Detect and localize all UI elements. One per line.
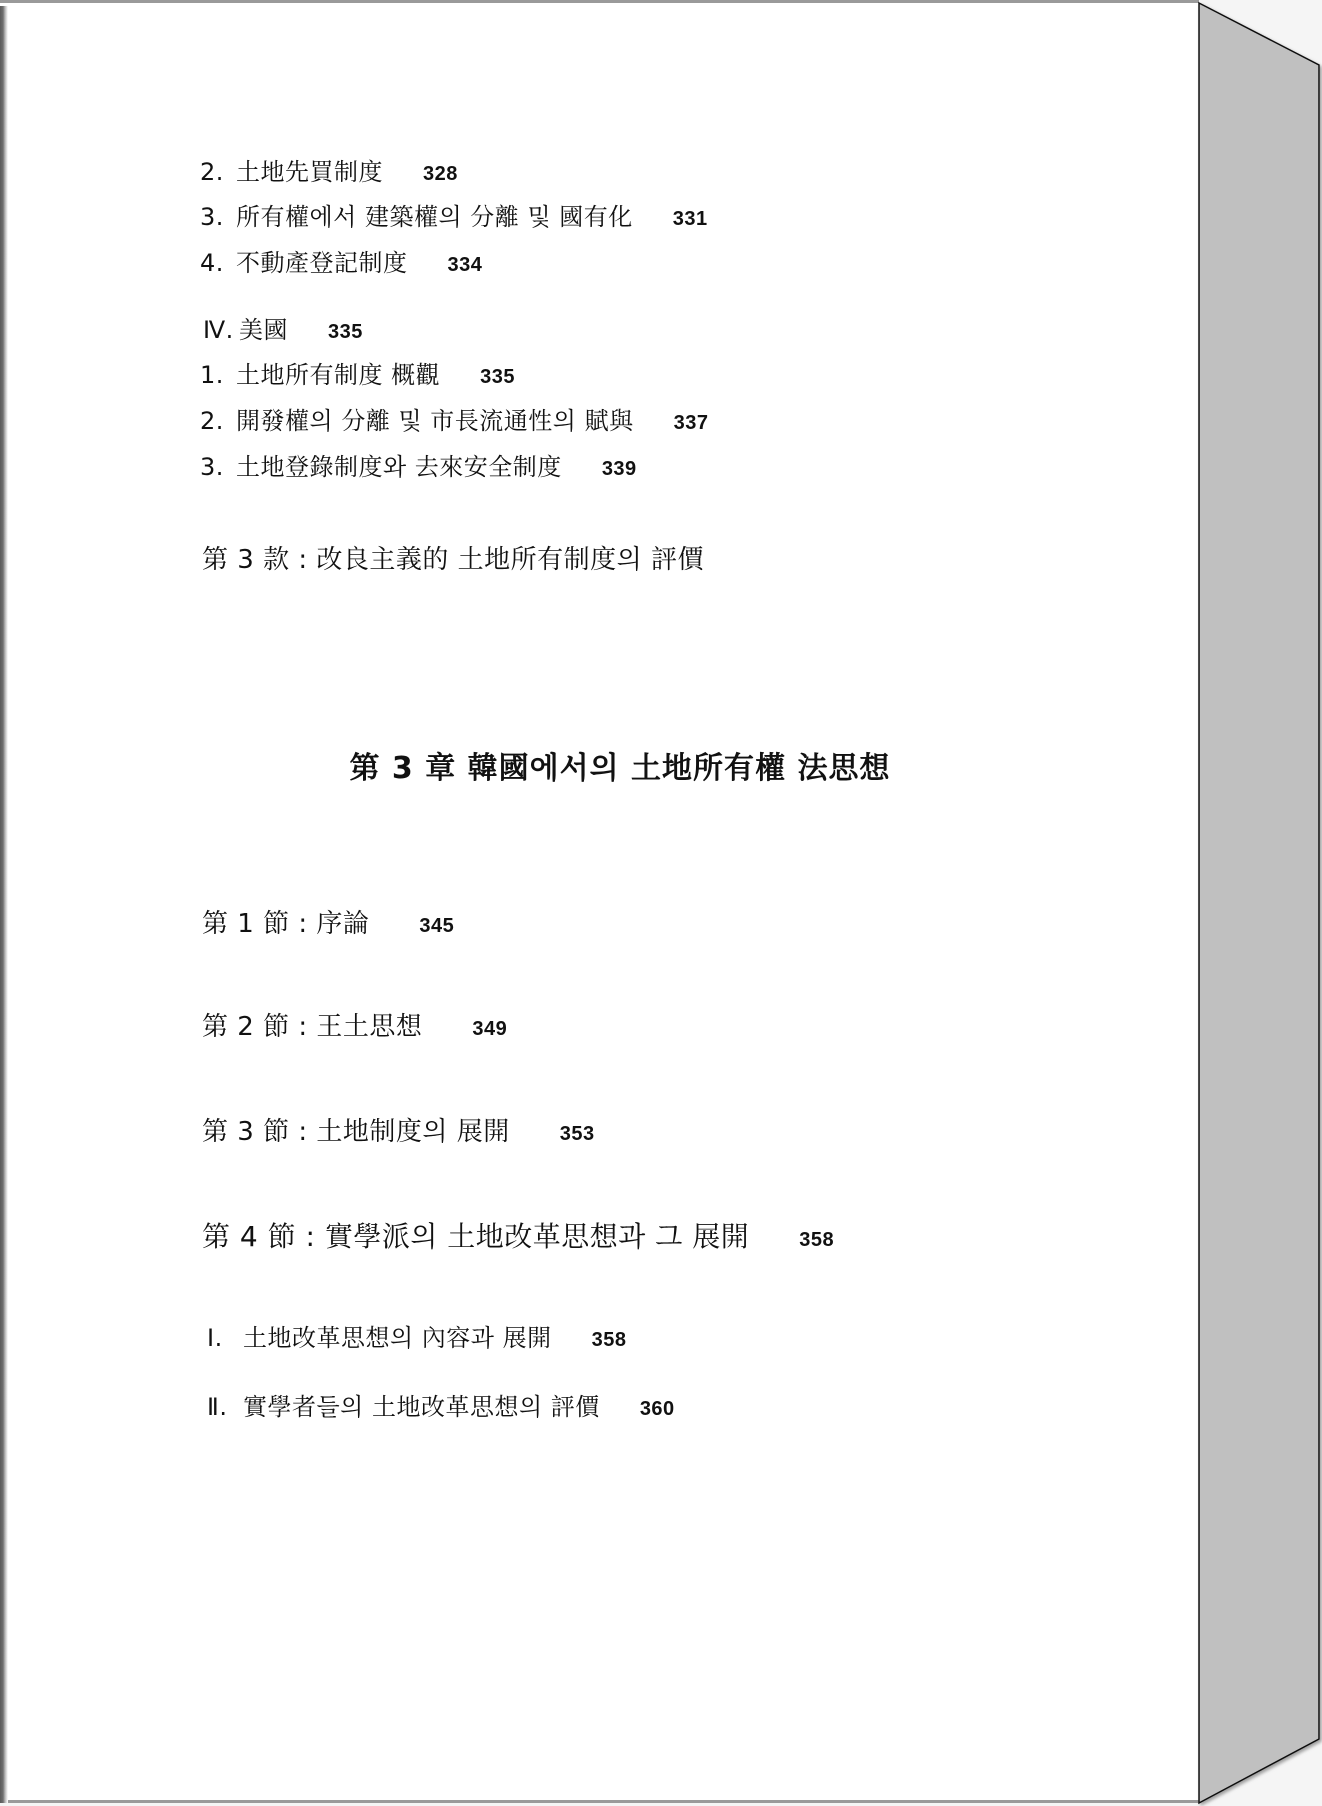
- section-page: 353: [560, 1123, 595, 1145]
- entry-title: 開發權의 分離 및 市長流通性의 賦與: [236, 407, 634, 435]
- entry-title: 所有權에서 建築權의 分離 및 國有化: [236, 203, 633, 231]
- entry-title: 土地登錄制度와 去來安全制度: [236, 453, 562, 481]
- entry-page: 328: [423, 163, 458, 185]
- entry-page: 360: [640, 1398, 675, 1420]
- entry-title: 美國: [239, 316, 288, 344]
- toc-subsection[interactable]: Ⅱ.實學者들의 土地改革思想의 評價360: [207, 1395, 675, 1419]
- toc-article-3[interactable]: 第 3 款 : 改良主義的 土地所有制度의 評價: [202, 547, 704, 573]
- entry-number: Ⅰ.: [207, 1326, 243, 1350]
- entry-number: 1.: [200, 363, 236, 387]
- chapter-label: 第 3 章 韓國에서의 土地所有權 法思想: [349, 751, 890, 786]
- entry-title: 土地所有制度 概觀: [236, 361, 440, 389]
- entry-title: 土地先買制度: [236, 158, 383, 186]
- toc-entry[interactable]: 3.土地登錄制度와 去來安全制度339: [200, 455, 637, 479]
- article-title: 第 3 款 : 改良主義的 土地所有制度의 評價: [202, 545, 704, 575]
- entry-page: 335: [328, 321, 363, 343]
- entry-number: 3.: [200, 455, 236, 479]
- entry-number: Ⅱ.: [207, 1395, 243, 1419]
- entry-page: 334: [448, 254, 483, 276]
- entry-number: 3.: [200, 205, 236, 229]
- entry-number: Ⅳ.: [203, 318, 239, 342]
- entry-page: 337: [674, 412, 709, 434]
- section-page: 345: [419, 915, 454, 937]
- toc-section[interactable]: 第 1 節 : 序論345: [202, 911, 454, 937]
- toc-section[interactable]: 第 2 節 : 王土思想349: [202, 1014, 507, 1040]
- toc-entry[interactable]: 4.不動產登記制度334: [200, 251, 482, 275]
- entry-title: 土地改革思想의 內容과 展開: [243, 1324, 552, 1352]
- toc-entry[interactable]: 2.開發權의 分離 및 市長流通性의 賦與337: [200, 409, 708, 433]
- section-page: 358: [799, 1229, 834, 1251]
- chapter-title: 第 3 章 韓國에서의 土地所有權 法思想: [0, 754, 1240, 784]
- entry-number: 2.: [200, 409, 236, 433]
- section-title: 第 3 節 : 土地制度의 展開: [202, 1117, 510, 1147]
- toc-subsection[interactable]: Ⅰ.土地改革思想의 內容과 展開358: [207, 1326, 627, 1350]
- page-left-edge: [0, 6, 8, 1803]
- section-title: 第 4 節 : 實學派의 土地改革思想과 그 展開: [202, 1220, 749, 1253]
- toc-entry[interactable]: 2.土地先買制度328: [200, 160, 458, 184]
- section-title: 第 2 節 : 王土思想: [202, 1012, 422, 1042]
- entry-number: 2.: [200, 160, 236, 184]
- book-page: [0, 0, 1199, 1803]
- toc-section[interactable]: 第 4 節 : 實學派의 土地改革思想과 그 展開358: [202, 1223, 834, 1251]
- entry-title: 實學者들의 土地改革思想의 評價: [243, 1393, 600, 1421]
- entry-number: 4.: [200, 251, 236, 275]
- toc-section[interactable]: 第 3 節 : 土地制度의 展開353: [202, 1119, 595, 1145]
- section-page: 349: [472, 1018, 507, 1040]
- toc-entry[interactable]: 3.所有權에서 建築權의 分離 및 國有化331: [200, 205, 708, 229]
- entry-page: 331: [673, 208, 708, 230]
- entry-page: 358: [592, 1329, 627, 1351]
- entry-page: 335: [480, 366, 515, 388]
- section-title: 第 1 節 : 序論: [202, 909, 369, 939]
- entry-title: 不動產登記制度: [236, 249, 408, 277]
- toc-entry[interactable]: 1.土地所有制度 概觀335: [200, 363, 515, 387]
- entry-page: 339: [602, 458, 637, 480]
- toc-subsection-iv[interactable]: Ⅳ.美國335: [203, 318, 363, 342]
